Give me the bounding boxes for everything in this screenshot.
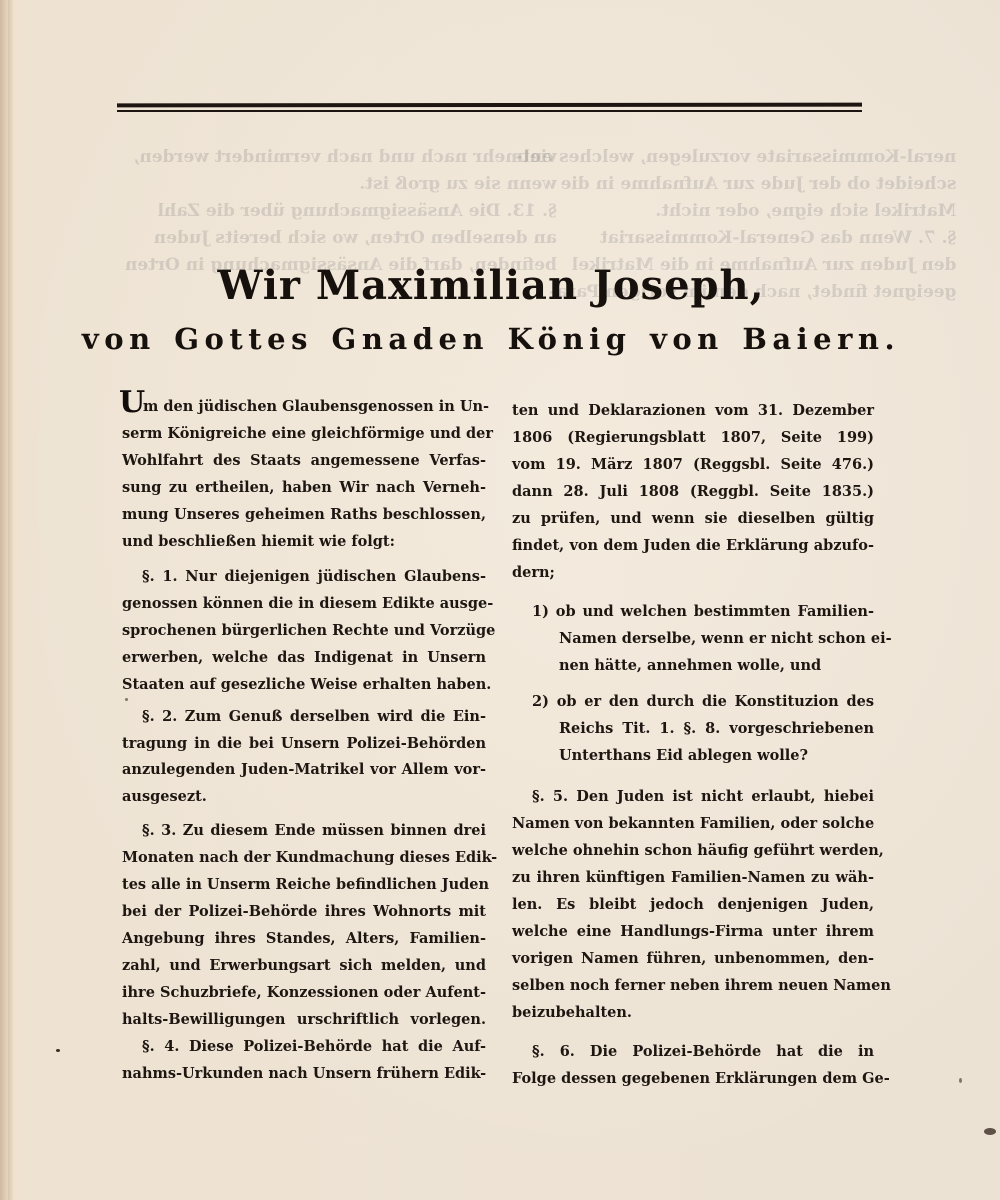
text-line: anzulegenden Juden-Matrikel vor Allem vo… <box>122 759 486 781</box>
bleed-line: wenn sie zu groß ist. <box>125 171 557 198</box>
text-line: dann 28. Juli 1808 (Reggbl. Seite 1835.) <box>512 481 874 503</box>
text-line: Namen von bekannten Familien, oder solch… <box>512 813 874 835</box>
paper-speck <box>125 698 128 701</box>
bleed-through-left: vielmehr nach und nach vermindert werden… <box>125 144 557 279</box>
paragraph-6-line: §. 6. Die Polizei-Behörde hat die in <box>512 1041 874 1063</box>
text-line: ausgesezt. <box>122 786 486 808</box>
paragraph-1-line: §. 1. Nur diejenigen jüdischen Glaubens- <box>122 566 486 588</box>
bleed-line: neral-Kommissariate vorzulegen, welches … <box>515 144 956 171</box>
header-rule-thin <box>117 110 862 112</box>
scanned-page: neral-Kommissariate vorzulegen, welches … <box>0 0 1000 1200</box>
text-line-content: m den jüdischen Glaubensgenossen in Un- <box>143 398 489 415</box>
text-line: tragung in die bei Unsern Polizei-Behörd… <box>122 733 486 755</box>
bleed-line: §. 13. Die Ansässigmachung über die Zahl <box>125 198 557 225</box>
paragraph-2-line: §. 2. Zum Genuß derselben wird die Ein- <box>122 706 486 728</box>
text-line: Unterthans Eid ablegen wolle? <box>512 745 874 767</box>
paragraph-5-line: §. 5. Den Juden ist nicht erlaubt, hiebe… <box>512 786 874 808</box>
bleed-line: §. 7. Wenn das General-Kommissariat <box>515 225 956 252</box>
bleed-line: an denselben Orten, wo sich bereits Jude… <box>125 225 557 252</box>
text-line: Monaten nach der Kundmachung dieses Edik… <box>122 847 486 869</box>
text-line: serm Königreiche eine gleichförmige und … <box>122 423 486 445</box>
header-rule-thick <box>117 103 862 108</box>
text-line: beizubehalten. <box>512 1002 874 1024</box>
bleed-line: Matrikel sich eigne, oder nicht. <box>515 198 956 225</box>
text-line: selben noch ferner neben ihrem neuen Nam… <box>512 975 874 997</box>
page-gutter-edge <box>0 0 8 1200</box>
text-line: zu prüfen, und wenn sie dieselben gültig <box>512 508 874 530</box>
text-line: ihre Schuzbriefe, Konzessionen oder Aufe… <box>122 982 486 1004</box>
text-line: Angebung ihres Standes, Alters, Familien… <box>122 928 486 950</box>
decree-subtitle: von Gottes Gnaden König von Baiern. <box>0 322 991 356</box>
list-item-2-line: 2) ob er den durch die Konstituzion des <box>512 691 874 713</box>
text-line: nahms-Urkunden nach Unsern frühern Edik- <box>122 1063 486 1085</box>
text-line: sprochenen bürgerlichen Rechte und Vorzü… <box>122 620 486 642</box>
text-line: dern; <box>512 562 874 584</box>
paper-speck <box>56 1049 60 1052</box>
decree-title: Wir Maximilian Joseph, <box>0 262 991 309</box>
text-line: zu ihren künftigen Familien-Namen zu wäh… <box>512 867 874 889</box>
text-line: Folge dessen gegebenen Erklärungen dem G… <box>512 1068 874 1090</box>
text-line: vorigen Namen führen, unbenommen, den- <box>512 948 874 970</box>
text-line: Staaten auf gesezliche Weise erhalten ha… <box>122 674 486 696</box>
text-line: welche eine Handlungs-Firma unter ihrem <box>512 921 874 943</box>
text-line: 1806 (Regierungsblatt 1807, Seite 199) <box>512 427 874 449</box>
text-line: halts-Bewilligungen urschriftlich vorleg… <box>122 1009 486 1031</box>
text-line: sung zu ertheilen, haben Wir nach Verneh… <box>122 477 486 499</box>
text-line: nen hätte, annehmen wolle, und <box>512 655 874 677</box>
paper-speck <box>984 1128 996 1135</box>
text-line: Reichs Tit. 1. §. 8. vorgeschriebenen <box>512 718 874 740</box>
text-line: ten und Deklarazionen vom 31. Dezember <box>512 400 874 422</box>
text-line: U m den jüdischen Glaubensgenossen in Un… <box>122 396 486 418</box>
text-line: zahl, und Erwerbungsart sich melden, und <box>122 955 486 977</box>
text-line: findet, von dem Juden die Erklärung abzu… <box>512 535 874 557</box>
bleed-line: vielmehr nach und nach vermindert werden… <box>125 144 557 171</box>
paragraph-4-line: §. 4. Diese Polizei-Behörde hat die Auf- <box>122 1036 486 1058</box>
text-line: Namen derselbe, wenn er nicht schon ei- <box>512 628 874 650</box>
list-item-1-line: 1) ob und welchen bestimmten Familien- <box>512 601 874 623</box>
text-line: welche ohnehin schon häufig geführt werd… <box>512 840 874 862</box>
paragraph-3-line: §. 3. Zu diesem Ende müssen binnen drei <box>122 820 486 842</box>
bleed-line: scheidet ob der Jude zur Aufnahme in die <box>515 171 956 198</box>
text-line: Wohlfahrt des Staats angemessene Verfas- <box>122 450 486 472</box>
text-line: erwerben, welche das Indigenat in Unsern <box>122 647 486 669</box>
text-line: vom 19. März 1807 (Reggsbl. Seite 476.) <box>512 454 874 476</box>
text-line: und beschließen hiemit wie folgt: <box>122 531 486 553</box>
paper-speck <box>959 1078 962 1083</box>
text-line: mung Unseres geheimen Raths beschlossen, <box>122 504 486 526</box>
text-line: len. Es bleibt jedoch denjenigen Juden, <box>512 894 874 916</box>
text-line: tes alle in Unserm Reiche befindlichen J… <box>122 874 486 896</box>
drop-cap: U <box>119 392 145 414</box>
text-line: genossen können die in diesem Edikte aus… <box>122 593 486 615</box>
text-line: bei der Polizei-Behörde ihres Wohnorts m… <box>122 901 486 923</box>
